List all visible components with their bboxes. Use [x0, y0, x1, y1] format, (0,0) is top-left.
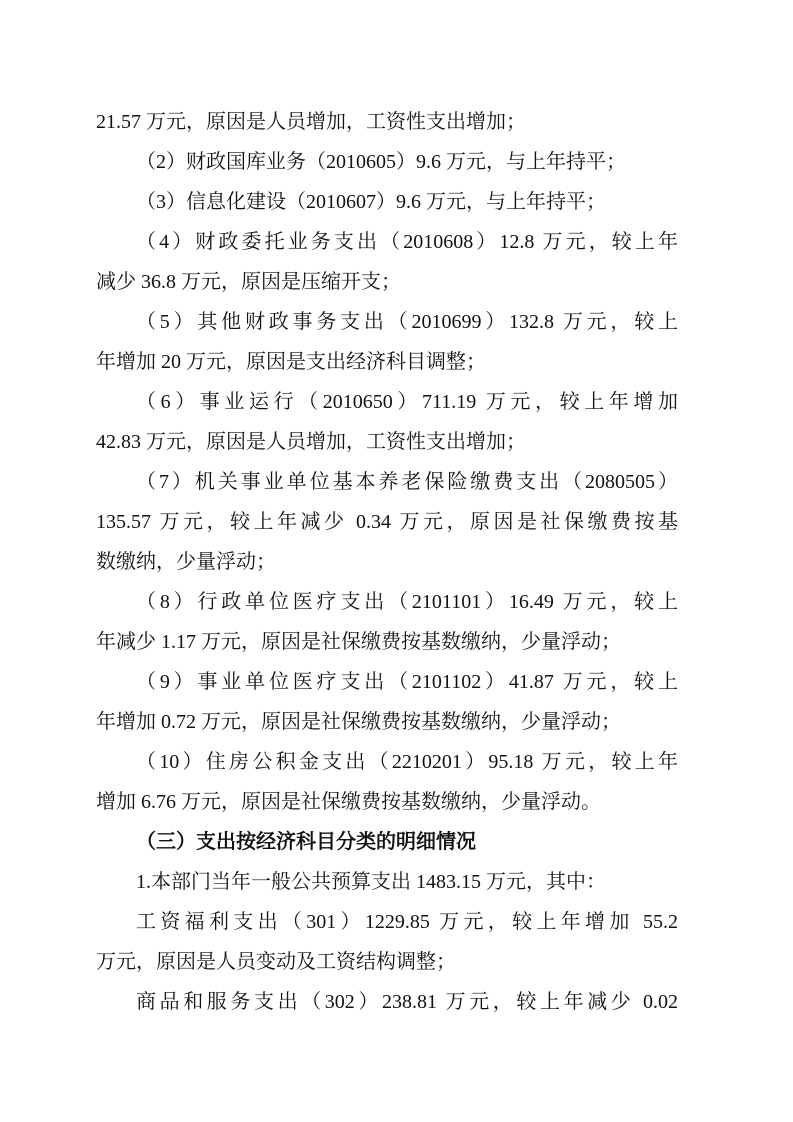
text-line: 1.本部门当年一般公共预算支出 1483.15 万元，其中： [96, 862, 678, 902]
text-line: 135.57 万元，较上年减少 0.34 万元，原因是社保缴费按基 [96, 502, 678, 542]
text-line: 21.57 万元，原因是人员增加，工资性支出增加； [96, 102, 678, 142]
text-line: （2）财政国库业务（2010605）9.6 万元，与上年持平； [96, 142, 678, 182]
text-line: 42.83 万元，原因是人员增加，工资性支出增加； [96, 422, 678, 462]
text-line: 年增加 20 万元，原因是支出经济科目调整； [96, 342, 678, 382]
text-line: 减少 36.8 万元，原因是压缩开支； [96, 262, 678, 302]
text-line: （7）机关事业单位基本养老保险缴费支出（2080505） [96, 462, 678, 502]
text-line: 增加 6.76 万元，原因是社保缴费按基数缴纳，少量浮动。 [96, 782, 678, 822]
text-line: （6）事业运行（2010650）711.19 万元，较上年增加 [96, 382, 678, 422]
text-line: （4）财政委托业务支出（2010608）12.8 万元，较上年 [96, 222, 678, 262]
text-line: （8）行政单位医疗支出（2101101）16.49 万元，较上 [96, 582, 678, 622]
document-page: 21.57 万元，原因是人员增加，工资性支出增加； （2）财政国库业务（2010… [0, 0, 793, 1122]
text-line: （5）其他财政事务支出（2010699）132.8 万元，较上 [96, 302, 678, 342]
text-line: （10）住房公积金支出（2210201）95.18 万元，较上年 [96, 742, 678, 782]
text-line: 年减少 1.17 万元，原因是社保缴费按基数缴纳，少量浮动； [96, 622, 678, 662]
text-line: 数缴纳，少量浮动； [96, 542, 678, 582]
text-line: 商品和服务支出（302）238.81 万元，较上年减少 0.02 [96, 982, 678, 1022]
text-line: （9）事业单位医疗支出（2101102）41.87 万元，较上 [96, 662, 678, 702]
text-line: 年增加 0.72 万元，原因是社保缴费按基数缴纳，少量浮动； [96, 702, 678, 742]
text-line: 万元，原因是人员变动及工资结构调整； [96, 942, 678, 982]
section-heading: （三）支出按经济科目分类的明细情况 [96, 822, 678, 862]
text-line: （3）信息化建设（2010607）9.6 万元，与上年持平； [96, 182, 678, 222]
text-line: 工资福利支出（301）1229.85 万元，较上年增加 55.2 [96, 902, 678, 942]
document-text-block: 21.57 万元，原因是人员增加，工资性支出增加； （2）财政国库业务（2010… [96, 102, 678, 1022]
